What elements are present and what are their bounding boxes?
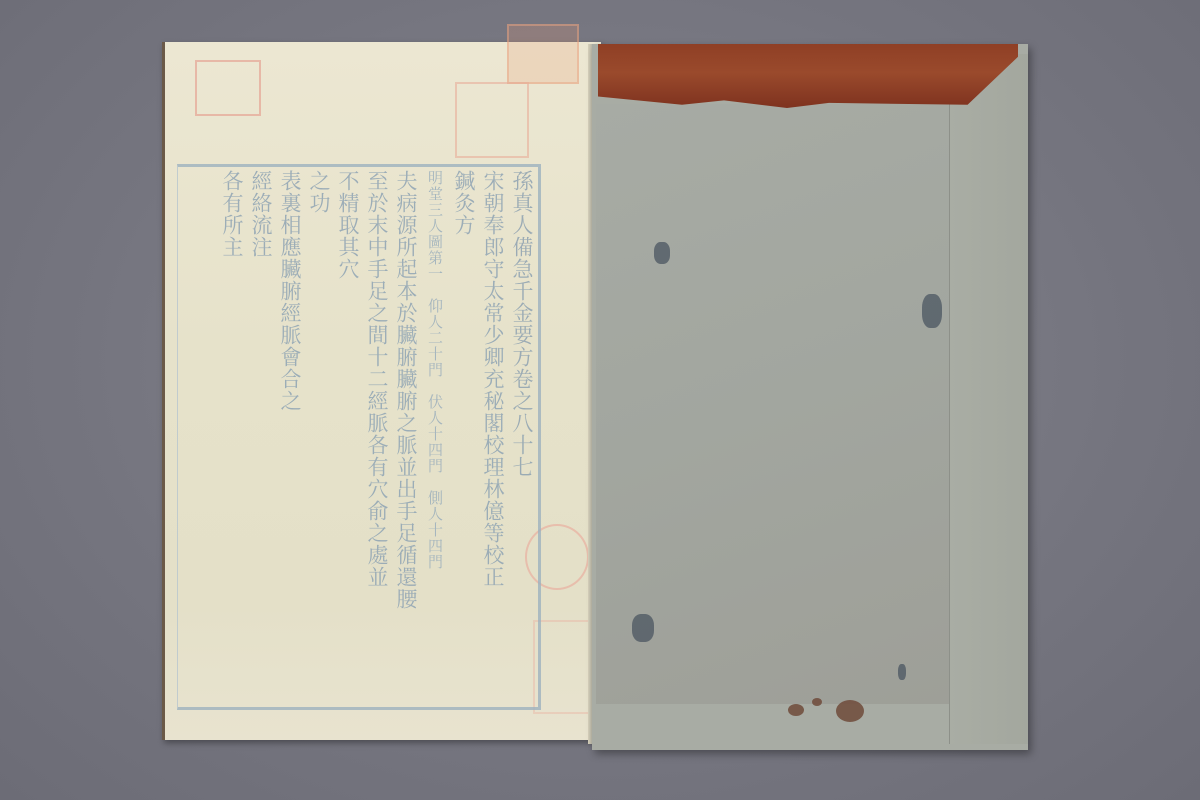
text-column-body: 經絡流注 <box>247 170 274 700</box>
text-column-body: 之功 <box>305 170 332 700</box>
brown-stain <box>836 700 864 722</box>
text-column-body: 不精取其穴 <box>334 170 361 700</box>
open-book: 孫真人備急千金要方卷之八十七 宋朝奉郎守太常少卿充秘閣校理林億等校正 鍼灸方 明… <box>0 0 1200 800</box>
red-seal-square-top <box>507 24 579 84</box>
cover-paper-panel <box>596 104 952 704</box>
text-column-body: 表裏相應臟腑經脈會合之 <box>276 170 303 700</box>
paper-fiber-mark <box>654 242 670 264</box>
red-seal-square-large <box>455 82 529 158</box>
red-seal-square <box>195 60 261 116</box>
paper-fiber-mark <box>922 294 942 328</box>
cover-fold-flap <box>949 54 1028 744</box>
red-seal-rectangular <box>533 620 593 714</box>
paper-fiber-mark <box>632 614 654 642</box>
text-column-heading: 鍼灸方 <box>450 170 477 700</box>
right-inner-cover <box>592 44 1028 750</box>
brown-stain <box>788 704 804 716</box>
text-column-body: 至於末中手足之間十二經脈各有穴俞之處並 <box>363 170 390 700</box>
text-column-subheading: 明堂三人圖第一 仰人二十門 伏人十四門 側人十四門 <box>421 170 448 700</box>
brown-stain <box>812 698 822 706</box>
paper-fiber-mark <box>898 664 906 680</box>
text-column-title: 孫真人備急千金要方卷之八十七 <box>508 170 535 700</box>
seal-text <box>201 66 255 110</box>
vertical-text-block: 孫真人備急千金要方卷之八十七 宋朝奉郎守太常少卿充秘閣校理林億等校正 鍼灸方 明… <box>183 170 535 700</box>
text-column-body: 夫病源所起本於臟腑臟腑之脈並出手足循還腰 <box>392 170 419 700</box>
text-column-body: 各有所主 <box>218 170 245 700</box>
text-column-editors: 宋朝奉郎守太常少卿充秘閣校理林億等校正 <box>479 170 506 700</box>
red-brown-binding-band <box>598 44 1018 108</box>
left-text-page: 孫真人備急千金要方卷之八十七 宋朝奉郎守太常少卿充秘閣校理林億等校正 鍼灸方 明… <box>162 42 601 740</box>
